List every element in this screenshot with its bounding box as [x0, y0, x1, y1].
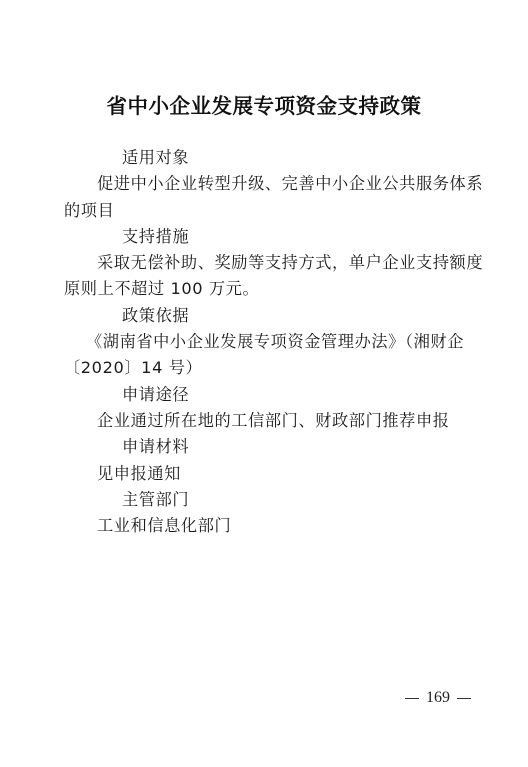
dash-left-decoration — [405, 698, 419, 699]
section-heading-support-measures: 支持措施 — [64, 224, 466, 250]
page-number-value: 169 — [426, 689, 450, 706]
section-body-line: 企业通过所在地的工信部门、财政部门推荐申报 — [64, 408, 466, 434]
section-body-line: 〔2020〕14 号） — [64, 355, 466, 381]
section-body-line: 采取无偿补助、奖励等支持方式，单户企业支持额度 — [64, 250, 466, 276]
dash-right-decoration — [457, 698, 471, 699]
section-body-line: 的项目 — [64, 198, 466, 224]
section-heading-competent-department: 主管部门 — [64, 487, 466, 513]
section-heading-policy-basis: 政策依据 — [64, 303, 466, 329]
section-heading-application-channel: 申请途径 — [64, 382, 466, 408]
section-heading-application-materials: 申请材料 — [64, 434, 466, 460]
section-body-line: 《湖南省中小企业发展专项资金管理办法》（湘财企 — [64, 329, 466, 355]
section-heading-applicable-objects: 适用对象 — [64, 145, 466, 171]
document-body: 适用对象 促进中小企业转型升级、完善中小企业公共服务体系 的项目 支持措施 采取… — [64, 145, 466, 539]
section-body-line: 工业和信息化部门 — [64, 513, 466, 539]
section-body-line: 见申报通知 — [64, 461, 466, 487]
page-number: 169 — [398, 689, 478, 707]
section-body-line: 促进中小企业转型升级、完善中小企业公共服务体系 — [64, 171, 466, 197]
page-title: 省中小企业发展专项资金支持政策 — [0, 89, 528, 119]
section-body-line: 原则上不超过 100 万元。 — [64, 276, 466, 302]
